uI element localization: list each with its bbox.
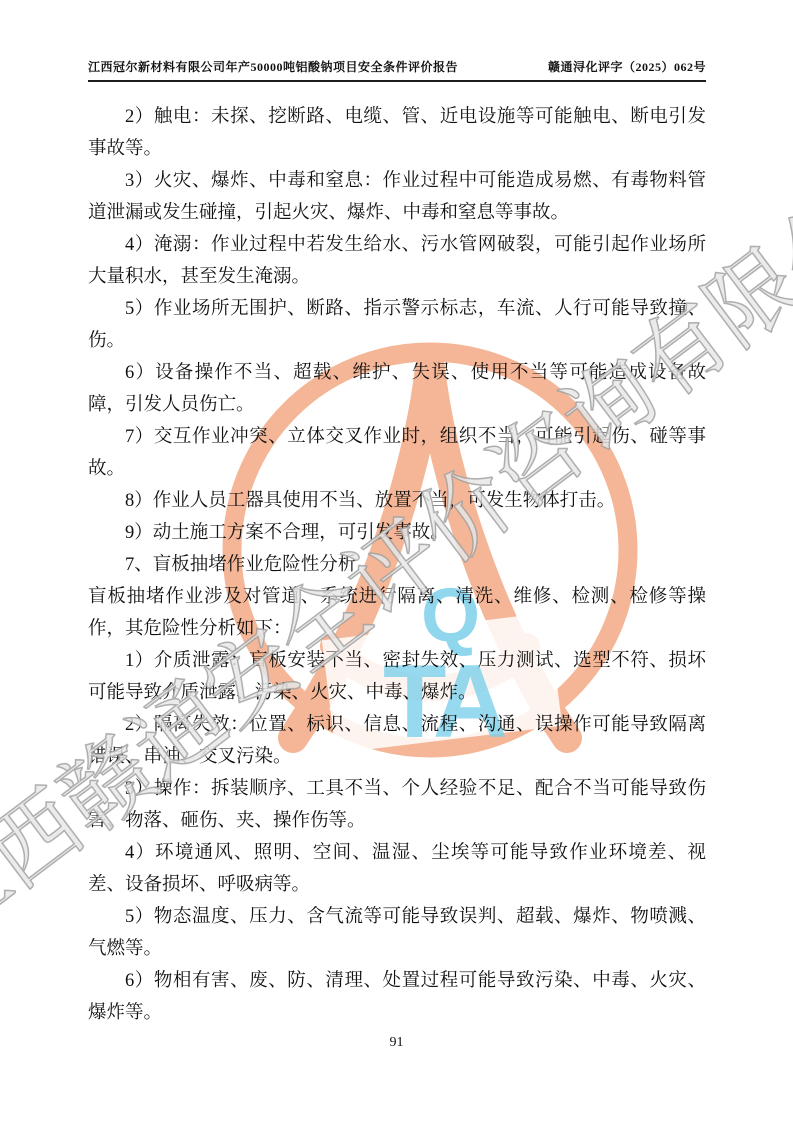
page-number: 91 (390, 1035, 404, 1050)
section-heading: 7、盲板抽堵作业危险性分析 (88, 549, 706, 581)
page-header: 江西冠尔新材料有限公司年产50000吨铝酸钠项目安全条件评价报告 赣通浔化评字（… (88, 58, 706, 82)
body-text-block: 2）触电：未探、挖断路、电缆、管、近电设施等可能触电、断电引发事故等。 3）火灾… (88, 101, 706, 1029)
body-paragraph: 2）隔离失效：位置、标识、信息、流程、沟通、误操作可能导致隔离错误、串油、交叉污… (88, 709, 706, 773)
body-paragraph: 3）火灾、爆炸、中毒和窒息：作业过程中可能造成易燃、有毒物料管道泄漏或发生碰撞，… (88, 165, 706, 229)
body-paragraph: 6）物相有害、废、防、清理、处置过程可能导致污染、中毒、火灾、爆炸等。 (88, 965, 706, 1029)
body-paragraph: 4）淹溺：作业过程中若发生给水、污水管网破裂，可能引起作业场所大量积水，甚至发生… (88, 229, 706, 293)
page-footer: 91 (0, 1035, 793, 1051)
body-paragraph: 盲板抽堵作业涉及对管道、系统进行隔离、清洗、维修、检测、检修等操作，其危险性分析… (88, 581, 706, 645)
body-paragraph: 2）触电：未探、挖断路、电缆、管、近电设施等可能触电、断电引发事故等。 (88, 101, 706, 165)
body-paragraph: 4）环境通风、照明、空间、温湿、尘埃等可能导致作业环境差、视差、设备损坏、呼吸病… (88, 837, 706, 901)
body-paragraph: 6）设备操作不当、超载、维护、失误、使用不当等可能造成设备故障，引发人员伤亡。 (88, 357, 706, 421)
body-paragraph: 5）作业场所无围护、断路、指示警示标志，车流、人行可能导致撞、伤。 (88, 293, 706, 357)
document-page: Q TA 江西冠尔新材料有限公司年产50000吨铝酸钠项目安全条件评价报告 赣通… (0, 0, 793, 1122)
body-paragraph: 9）动土施工方案不合理，可引发事故。 (88, 517, 706, 549)
header-report-title: 江西冠尔新材料有限公司年产50000吨铝酸钠项目安全条件评价报告 (88, 58, 458, 75)
body-paragraph: 1）介质泄露：盲板安装不当、密封失效、压力测试、选型不符、损坏可能导致介质泄露、… (88, 645, 706, 709)
body-paragraph: 3）操作：拆装顺序、工具不当、个人经验不足、配合不当可能导致伤害、物落、砸伤、夹… (88, 773, 706, 837)
body-paragraph: 8）作业人员工器具使用不当、放置不当，可发生物体打击。 (88, 485, 706, 517)
header-doc-number: 赣通浔化评字（2025）062号 (548, 58, 706, 75)
body-paragraph: 5）物态温度、压力、含气流等可能导致误判、超载、爆炸、物喷溅、气燃等。 (88, 901, 706, 965)
body-paragraph: 7）交互作业冲突、立体交叉作业时，组织不当，可能引起伤、碰等事故。 (88, 421, 706, 485)
